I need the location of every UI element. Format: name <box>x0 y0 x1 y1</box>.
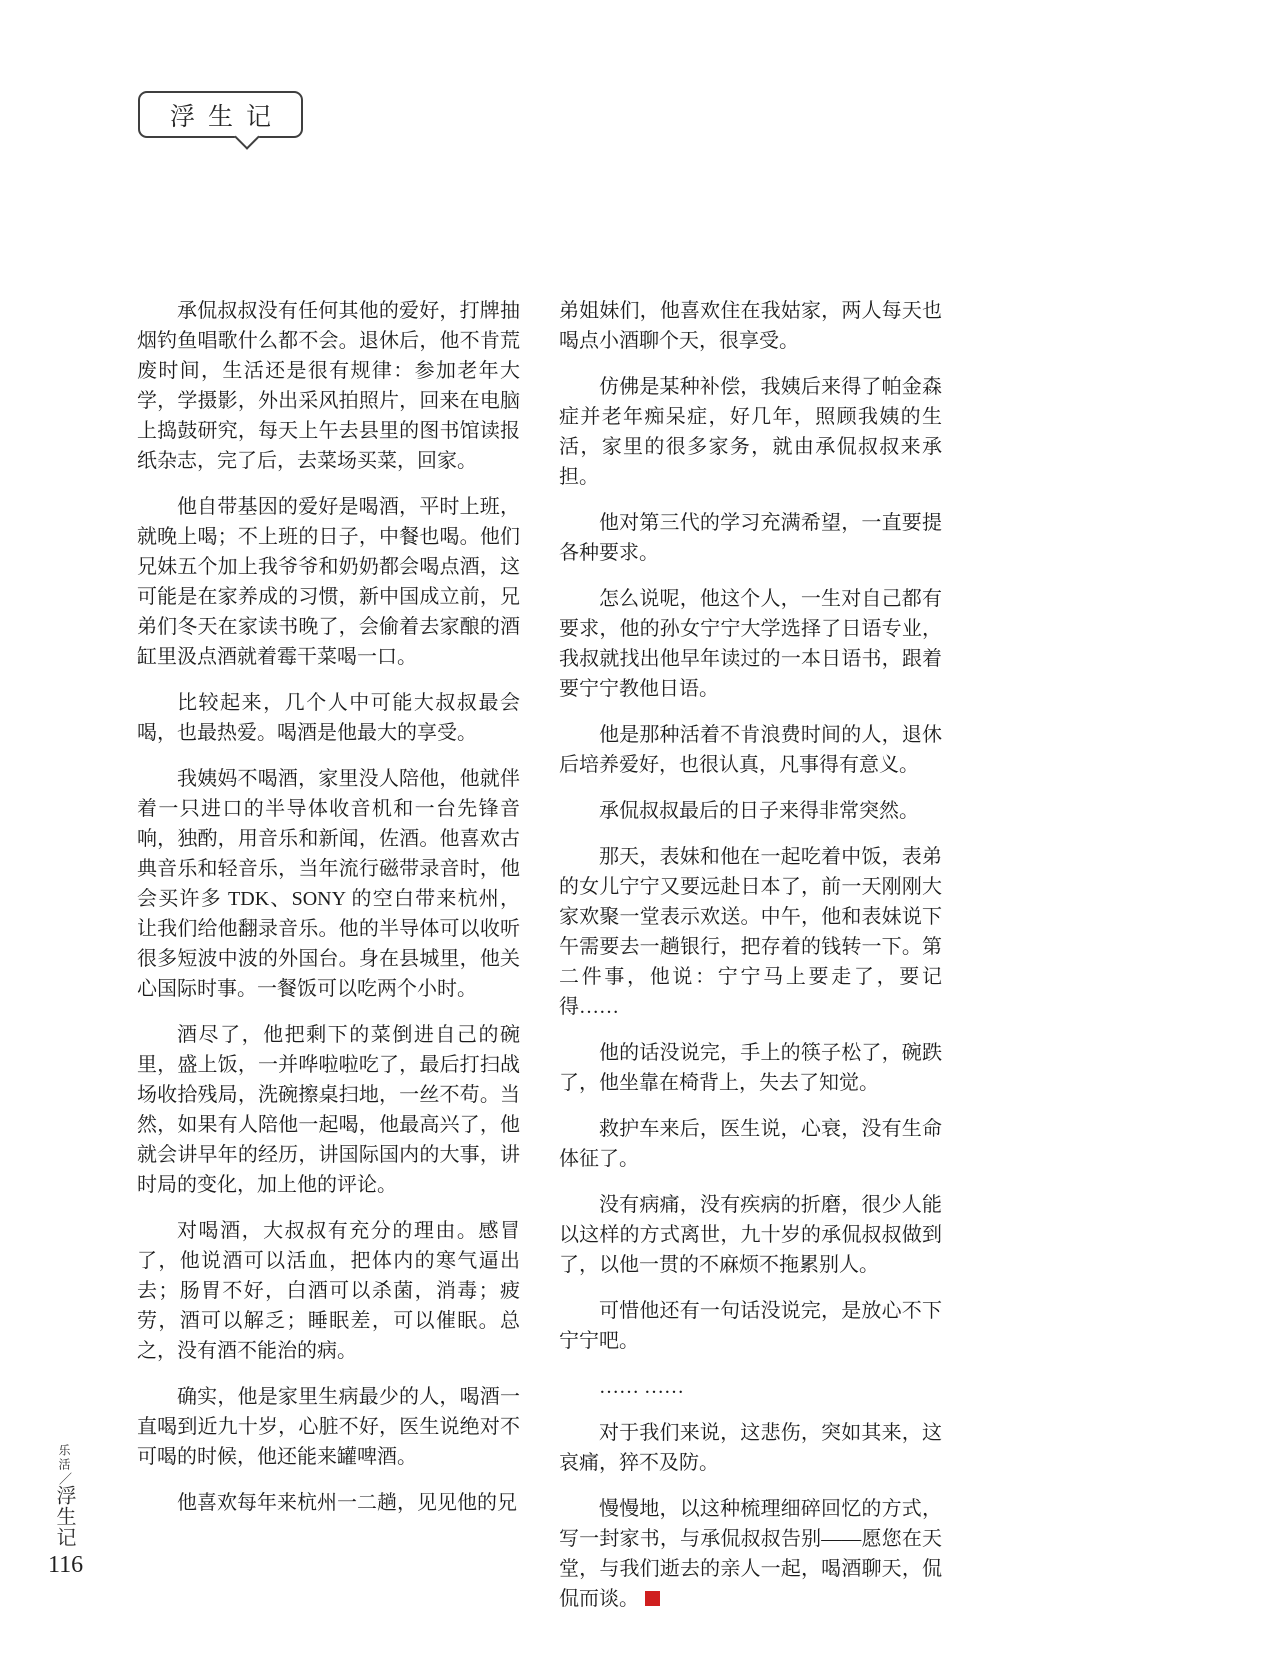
paragraph: 他自带基因的爱好是喝酒，平时上班，就晚上喝；不上班的日子，中餐也喝。他们兄妹五个… <box>137 492 520 672</box>
paragraph: 承侃叔叔最后的日子来得非常突然。 <box>559 796 942 826</box>
section-title-bubble: 浮生记 <box>138 91 303 138</box>
paragraph: 对于我们来说，这悲伤，突如其来，这哀痛，猝不及防。 <box>559 1418 942 1478</box>
magazine-page: 浮生记 承侃叔叔没有任何其他的爱好，打牌抽烟钓鱼唱歌什么都不会。退休后，他不肯荒… <box>0 0 1280 1675</box>
sidebar-section-label: 乐活／浮生记 <box>54 1444 74 1548</box>
paragraph: 怎么说呢，他这个人，一生对自己都有要求，他的孙女宁宁大学选择了日语专业，我叔就找… <box>559 584 942 704</box>
paragraph: 救护车来后，医生说，心衰，没有生命体征了。 <box>559 1114 942 1174</box>
paragraph: 那天，表妹和他在一起吃着中饭，表弟的女儿宁宁又要远赴日本了，前一天刚刚大家欢聚一… <box>559 842 942 1022</box>
section-title: 浮生记 <box>157 97 284 133</box>
paragraph: 可惜他还有一句话没说完，是放心不下宁宁吧。 <box>559 1296 942 1356</box>
paragraph: 弟姐妹们，他喜欢住在我姑家，两人每天也喝点小酒聊个天，很享受。 <box>559 296 942 356</box>
article-end-mark-icon <box>645 1591 660 1606</box>
paragraph: 他的话没说完，手上的筷子松了，碗跌了，他坐靠在椅背上，失去了知觉。 <box>559 1038 942 1098</box>
paragraph: 比较起来，几个人中可能大叔叔最会喝，也最热爱。喝酒是他最大的享受。 <box>137 688 520 748</box>
paragraph: 他对第三代的学习充满希望，一直要提各种要求。 <box>559 508 942 568</box>
sidebar-separator: ／ <box>57 1472 72 1485</box>
sidebar-section: 浮生记 <box>53 1485 75 1548</box>
paragraph: 我姨妈不喝酒，家里没人陪他，他就伴着一只进口的半导体收音机和一台先锋音响，独酌，… <box>137 764 520 1004</box>
paragraph: 他是那种活着不肯浪费时间的人，退休后培养爱好，也很认真，凡事得有意义。 <box>559 720 942 780</box>
paragraph: 慢慢地，以这种梳理细碎回忆的方式，写一封家书，与承侃叔叔告别——愿您在天堂，与我… <box>559 1494 942 1614</box>
paragraph: 酒尽了，他把剩下的菜倒进自己的碗里，盛上饭，一并哗啦啦吃了，最后打扫战场收拾残局… <box>137 1020 520 1200</box>
paragraph: 确实，他是家里生病最少的人，喝酒一直喝到近九十岁，心脏不好，医生说绝对不可喝的时… <box>137 1382 520 1472</box>
article-right-column: 弟姐妹们，他喜欢住在我姑家，两人每天也喝点小酒聊个天，很享受。仿佛是某种补偿，我… <box>559 296 942 1630</box>
paragraph: 没有病痛，没有疾病的折磨，很少人能以这样的方式离世，九十岁的承侃叔叔做到了，以他… <box>559 1190 942 1280</box>
paragraph: …… …… <box>559 1372 942 1402</box>
paragraph: 对喝酒，大叔叔有充分的理由。感冒了，他说酒可以活血，把体内的寒气逼出去；肠胃不好… <box>137 1216 520 1366</box>
paragraph: 仿佛是某种补偿，我姨后来得了帕金森症并老年痴呆症，好几年，照顾我姨的生活，家里的… <box>559 372 942 492</box>
article-left-column: 承侃叔叔没有任何其他的爱好，打牌抽烟钓鱼唱歌什么都不会。退休后，他不肯荒废时间，… <box>137 296 520 1534</box>
paragraph: 承侃叔叔没有任何其他的爱好，打牌抽烟钓鱼唱歌什么都不会。退休后，他不肯荒废时间，… <box>137 296 520 476</box>
paragraph: 他喜欢每年来杭州一二趟，见见他的兄 <box>137 1488 520 1518</box>
page-number: 116 <box>48 1552 83 1579</box>
sidebar-category: 乐活 <box>57 1444 71 1472</box>
